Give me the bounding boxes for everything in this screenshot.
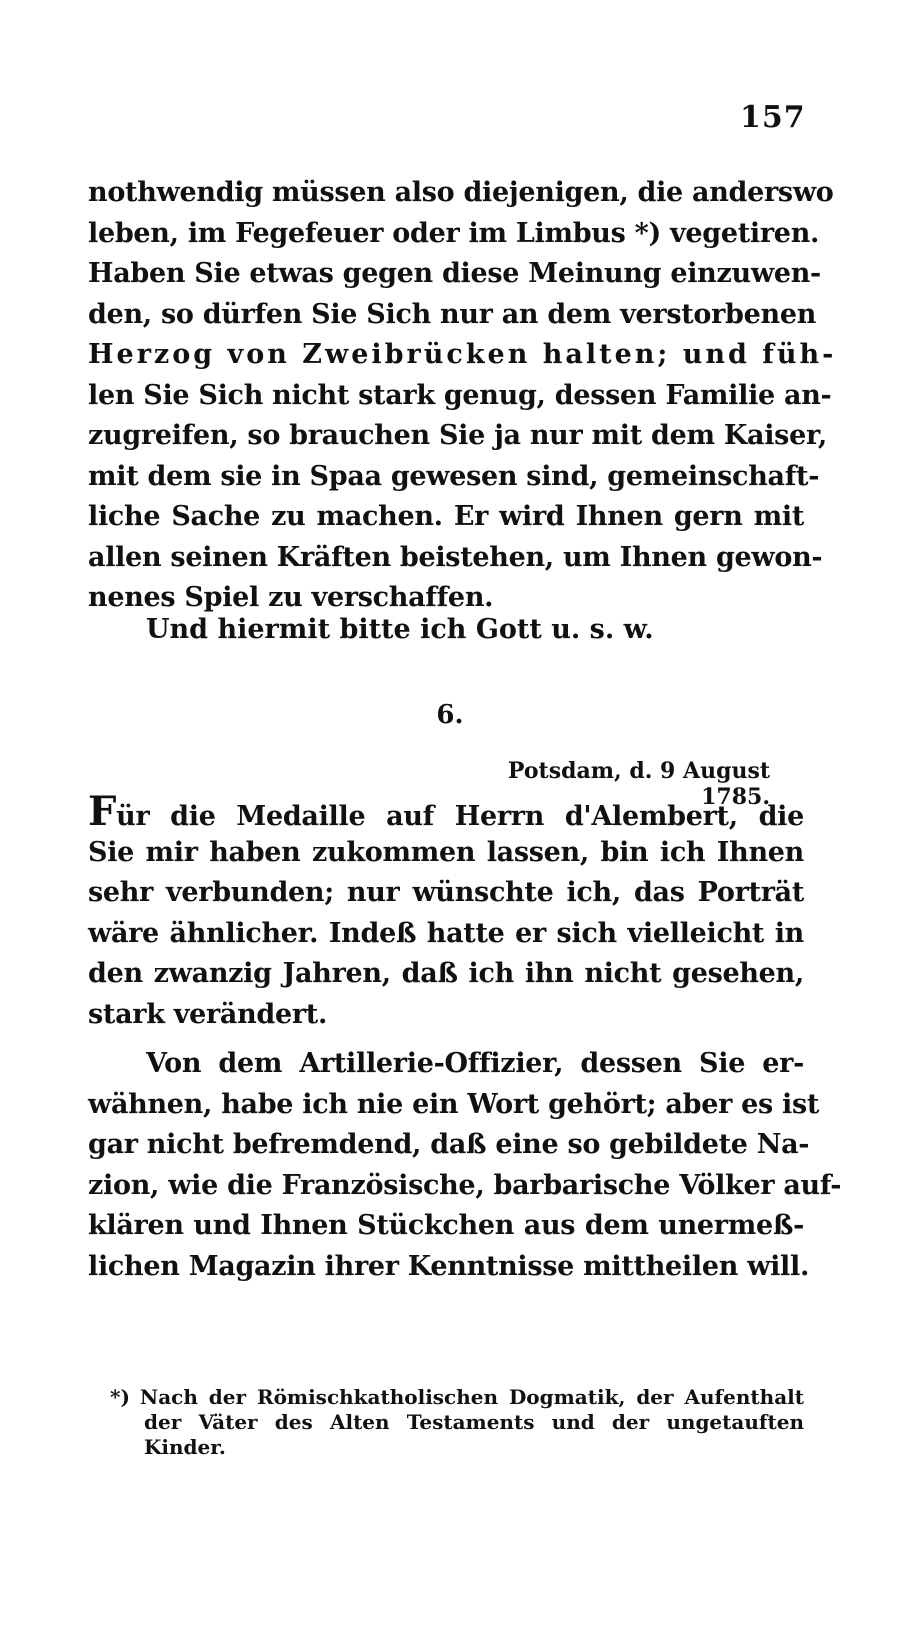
text-line: len Sie Sich nicht stark genug, dessen F… xyxy=(88,376,804,417)
text-line: Von dem Artillerie-Offizier, dessen Sie … xyxy=(88,1044,804,1085)
text-line: zion, wie die Französische, barbarische … xyxy=(88,1166,804,1207)
text-line: gar nicht befremdend, daß eine so gebild… xyxy=(88,1125,804,1166)
text-line: sehr verbunden; nur wünschte ich, das Po… xyxy=(88,873,804,914)
text-line: Sie mir haben zukommen lassen, bin ich I… xyxy=(88,833,804,874)
letter-paragraph-2: Von dem Artillerie-Offizier, dessen Sie … xyxy=(88,1044,804,1287)
text-line: mit dem sie in Spaa gewesen sind, gemein… xyxy=(88,457,804,498)
text-line: wähnen, habe ich nie ein Wort gehört; ab… xyxy=(88,1085,804,1126)
text-line: stark verändert. xyxy=(88,995,804,1036)
drop-initial: F xyxy=(88,788,116,835)
text-line: den, so dürfen Sie Sich nur an dem verst… xyxy=(88,295,804,336)
text-line: lichen Magazin ihrer Kenntnisse mittheil… xyxy=(88,1247,804,1288)
text-line: zugreifen, so brauchen Sie ja nur mit de… xyxy=(88,416,804,457)
footnote-text: Nach der Römischkatholischen Dogmatik, d… xyxy=(140,1385,804,1409)
text-line: den zwanzig Jahren, daß ich ihn nicht ge… xyxy=(88,954,804,995)
text-line: wäre ähnlicher. Indeß hatte er sich viel… xyxy=(88,914,804,955)
letter-paragraph-1: Für die Medaille auf Herrn d'Alembert, d… xyxy=(88,792,804,1035)
text-line: Haben Sie etwas gegen diese Meinung einz… xyxy=(88,254,804,295)
text-line-first: Für die Medaille auf Herrn d'Alembert, d… xyxy=(88,792,804,833)
page-number: 157 xyxy=(740,100,806,135)
footnote-marker: *) xyxy=(110,1385,130,1409)
footnote: *)Nach der Römischkatholischen Dogmatik,… xyxy=(110,1385,804,1460)
text-line: klären und Ihnen Stückchen aus dem unerm… xyxy=(88,1206,804,1247)
text-line: leben, im Fegefeuer oder im Limbus *) ve… xyxy=(88,214,804,255)
text-line: liche Sache zu machen. Er wird Ihnen ger… xyxy=(88,497,804,538)
text-line: nothwendig müssen also diejenigen, die a… xyxy=(88,173,804,214)
closing-formula: Und hiermit bitte ich Gott u. s. w. xyxy=(146,610,654,650)
book-page: 157 nothwendig müssen also diejenigen, d… xyxy=(0,0,900,1652)
continuation-paragraph: nothwendig müssen also diejenigen, die a… xyxy=(88,173,804,619)
footnote-line: Kinder. xyxy=(110,1435,804,1460)
text-line: allen seinen Kräften beistehen, um Ihnen… xyxy=(88,538,804,579)
text-line: Herzog von Zweibrücken halten; und füh- xyxy=(88,335,804,376)
text-line-rest: ür die Medaille auf Herrn d'Alembert, di… xyxy=(116,801,804,832)
letter-number: 6. xyxy=(0,700,900,730)
footnote-line: der Väter des Alten Testaments und der u… xyxy=(110,1410,804,1435)
footnote-line-first: *)Nach der Römischkatholischen Dogmatik,… xyxy=(110,1385,804,1410)
